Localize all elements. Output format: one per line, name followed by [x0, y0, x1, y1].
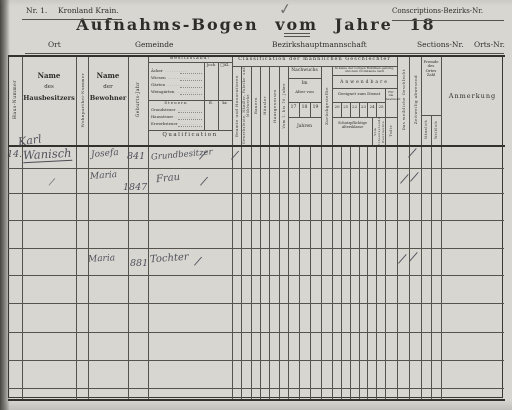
grid-line [8, 388, 504, 389]
nachwuchs-im: Im [288, 81, 321, 86]
hw-birth-year: 1847 [123, 182, 147, 193]
grid-line [204, 62, 205, 130]
hw-owner-name: Wanisch [23, 146, 72, 164]
grid-line [8, 360, 504, 361]
grid-line [332, 88, 397, 89]
eligibility-todte-label: Todte [385, 117, 397, 145]
class-zurueckgestellte: Zurückgestellte [321, 66, 332, 145]
besitz-col-klafter: □Kl. [218, 63, 232, 68]
col-hausbesitzer-line1: Name [22, 72, 76, 80]
class-group-hausgenossen: Hausgenossen [269, 66, 279, 145]
grid-line [284, 36, 310, 37]
besitz-box-title: Besitzstand: [148, 56, 232, 61]
besitz-col-joch: Joch [204, 63, 218, 68]
class-group-bis-16: Vom 1. bis 16. Jahre [279, 66, 288, 145]
field-ort-label: Ort [48, 41, 61, 50]
conscription-district-label: Conscriptions-Bezirks-Nr. [392, 7, 483, 15]
class-group-bauern: Bauern [251, 66, 260, 145]
grid-line [25, 53, 504, 54]
eligibility-heading: In keine der vorigen Rubriken gehörig, u… [333, 67, 396, 74]
eligibility-sea-label: Für die Seemacht [386, 91, 397, 101]
form-number: Nr. 1. [26, 7, 47, 16]
hw-birth-year: 881 [130, 258, 148, 269]
check-mark: ✓ [278, 0, 293, 19]
grid-line [284, 33, 310, 34]
nachwuchs-title: Nachwuchs [288, 68, 321, 73]
grid-line [8, 248, 504, 249]
eligibility-age: 24 [368, 105, 376, 110]
grid-line [88, 55, 89, 399]
hw-birth-year: 841 [127, 151, 145, 162]
col-fremde-maennlich: Männlich [421, 115, 431, 145]
col-fremde-title: Fremde des Ortes Zahl [422, 60, 440, 77]
col-hausbesitzer-line2: des [22, 84, 76, 90]
besitz-row: Gärten [151, 83, 190, 88]
grid-line [332, 66, 333, 399]
besitz-row: Weingärten [151, 90, 199, 95]
grid-line [8, 303, 504, 304]
grid-line [288, 66, 289, 399]
eligibility-age: 22 [351, 105, 359, 110]
grid-line [8, 193, 504, 194]
grid-line [8, 399, 505, 401]
col-fremde-weiblich: Weiblich [431, 115, 441, 145]
col-anmerkung-label: Anmerkung [441, 93, 504, 100]
grid-line [8, 332, 504, 333]
nachwuchs-alter-von: Alter von [288, 90, 321, 95]
eligibility-bottom-label: Schutzpflichtige Altersklasse [333, 121, 372, 129]
grid-line [332, 75, 397, 76]
col-hausbesitzer-line3: Hausbesitzers [22, 95, 76, 102]
hw-inhabitant-name: Maria [90, 170, 118, 182]
grid-line [431, 115, 432, 399]
classification-title: Classification der männlichen Geschlecht… [232, 57, 397, 63]
besitz-row: Wiesen [151, 76, 191, 81]
class-group-beamte: Beamte und Honoratioren [232, 66, 241, 145]
grid-line [22, 55, 23, 399]
col-female-label: Das weibliche Geschlecht [397, 55, 409, 145]
eligibility-age: 21 [342, 105, 350, 110]
eligibility-age: 23 [359, 105, 367, 110]
nachwuchs-age: 17 [288, 105, 299, 110]
eligibility-age: 25 [377, 105, 385, 110]
grid-line [441, 55, 442, 399]
col-bewohner-line1: Name [88, 72, 128, 80]
grid-line [288, 117, 321, 118]
col-haus-nummer-label: Haus-Nummer [8, 55, 22, 145]
hw-inhabitant-name: Maria [88, 253, 116, 264]
grid-line [332, 102, 385, 103]
hw-house-number: 14. [7, 149, 22, 160]
grid-line [22, 19, 122, 20]
nachwuchs-age: 19 [310, 105, 321, 110]
class-group-haeusler: Häusler [260, 66, 269, 145]
steuern-col-fl: fl. [204, 101, 218, 106]
field-sections-nr-label: Sections-Nr. [417, 41, 464, 50]
grid-line [148, 55, 149, 399]
steuern-row: Grundsteuer [151, 108, 200, 112]
steuern-row: Haussteuer [151, 115, 197, 119]
grid-line [288, 102, 321, 103]
field-bezirkshauptmannschaft-label: Bezirkshauptmannschaft [272, 41, 367, 50]
eligibility-subheading: Anwendbare [333, 80, 396, 85]
eligibility-fit-label: Geeignet zum Dienst [333, 92, 385, 97]
eligibility-beurlaubte-label: Vom Präsenzstande Beurlaubte [372, 117, 385, 145]
steuern-row: Erwerbsteuer [151, 122, 202, 126]
grid-line [288, 78, 321, 79]
grid-line [421, 55, 422, 399]
grid-line [8, 168, 504, 169]
class-group-gewerbsleute: Gewerbsleute, Händler, Fabriks- und Mühl… [241, 66, 251, 145]
grid-line [148, 130, 232, 131]
grid-line [392, 20, 504, 21]
field-gemeinde-label: Gemeinde [135, 41, 173, 50]
qualification-label: Qualification [148, 132, 232, 138]
grid-line [8, 145, 505, 147]
steuern-title: Steuern [148, 101, 204, 106]
nachwuchs-age: 18 [299, 105, 310, 110]
col-absent-label: Zeitweilig abwesend [409, 55, 421, 145]
steuern-col-kr: kr. [218, 101, 232, 106]
col-bewohner-line2: der [88, 84, 128, 90]
scanned-census-form: Nr. 1. Kronland Krain. Conscriptions-Bez… [0, 0, 512, 410]
grid-line [8, 275, 504, 276]
grid-line [8, 220, 504, 221]
nachwuchs-jahren: Jahren [288, 124, 321, 129]
besitz-row: Äcker [151, 69, 188, 74]
eligibility-age: 20 [333, 105, 341, 110]
col-wohnparthei-label: Wohnparthei-Nummer [76, 55, 88, 145]
col-bewohner-line3: Bewohner [88, 95, 128, 102]
field-orts-nr-label: Orts-Nr. [474, 41, 505, 50]
grid-line [218, 62, 219, 130]
col-geburtsjahr-label: Geburts-Jahr [128, 55, 148, 145]
